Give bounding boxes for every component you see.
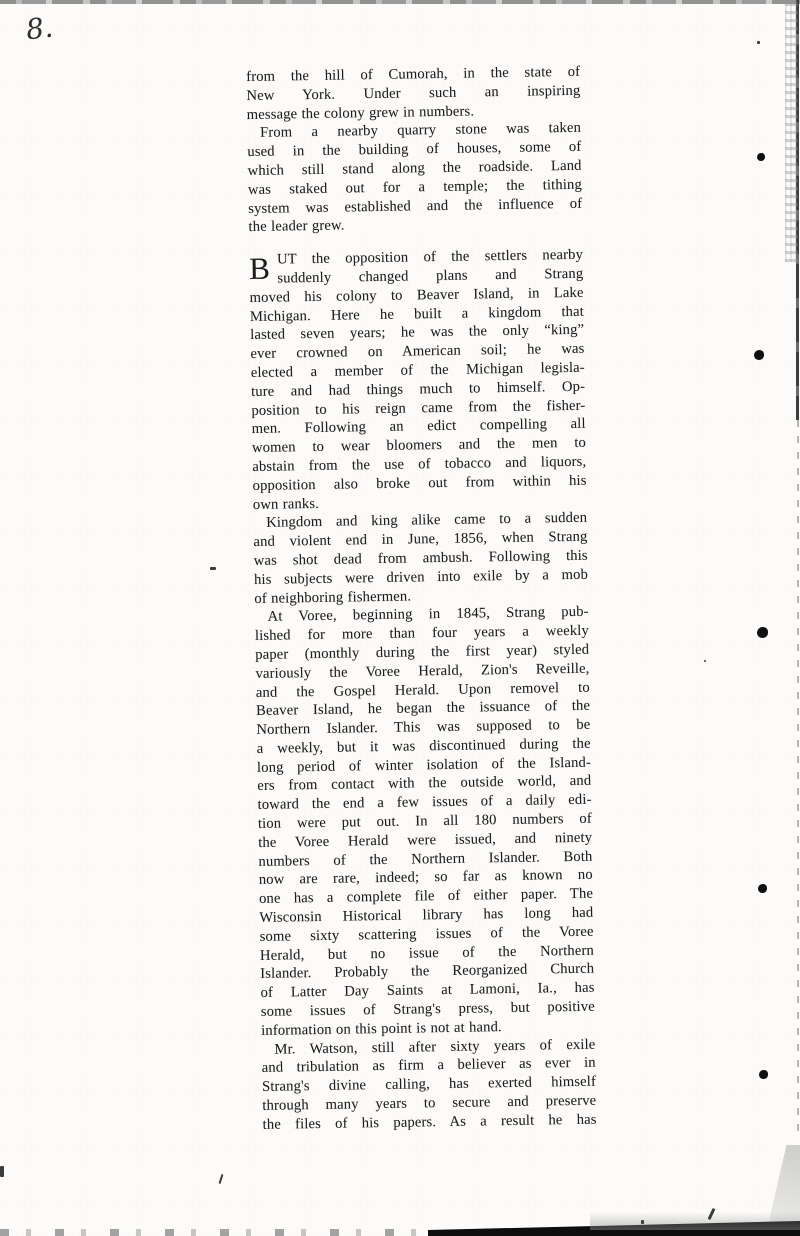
scan-edge-bottom-haze [590,1212,800,1230]
scan-edge-top [0,0,800,4]
text-line: the leader grew. [248,213,582,237]
scanned-document-page: 8. from the hill of Cumorah, in the stat… [0,0,800,1236]
ink-speck [757,41,760,44]
paragraph: From a nearby quarry stone was takenused… [247,119,583,237]
binder-hole-dot [757,153,765,161]
ink-speck [219,1174,224,1184]
ink-speck [641,1220,644,1224]
binder-hole-dot [754,350,764,360]
paragraph: Mr. Watson, still after sixty years of e… [261,1035,596,1134]
ink-speck [0,1166,4,1177]
handwritten-page-number: 8. [24,10,55,46]
binder-hole-dot [758,884,767,893]
scan-edge-right-faint [797,420,799,1140]
ink-speck [210,567,216,570]
scan-edge-bottom-speckle [0,1229,440,1236]
paragraph: BUT the opposition of the settlers nearb… [249,246,587,514]
drop-cap: B [249,252,270,286]
ink-speck [704,660,706,662]
paragraph: from the hill of Cumorah, in the state o… [246,63,581,125]
paragraph: At Voree, beginning in 1845, Strang pub-… [254,603,595,1041]
paragraph: Kingdom and king alike came to a suddena… [253,509,588,608]
scan-noise-right-strip [785,0,798,262]
binder-hole-dot [759,1070,768,1079]
article-text-column: from the hill of Cumorah, in the state o… [246,63,597,1135]
binder-hole-dot [757,627,768,638]
